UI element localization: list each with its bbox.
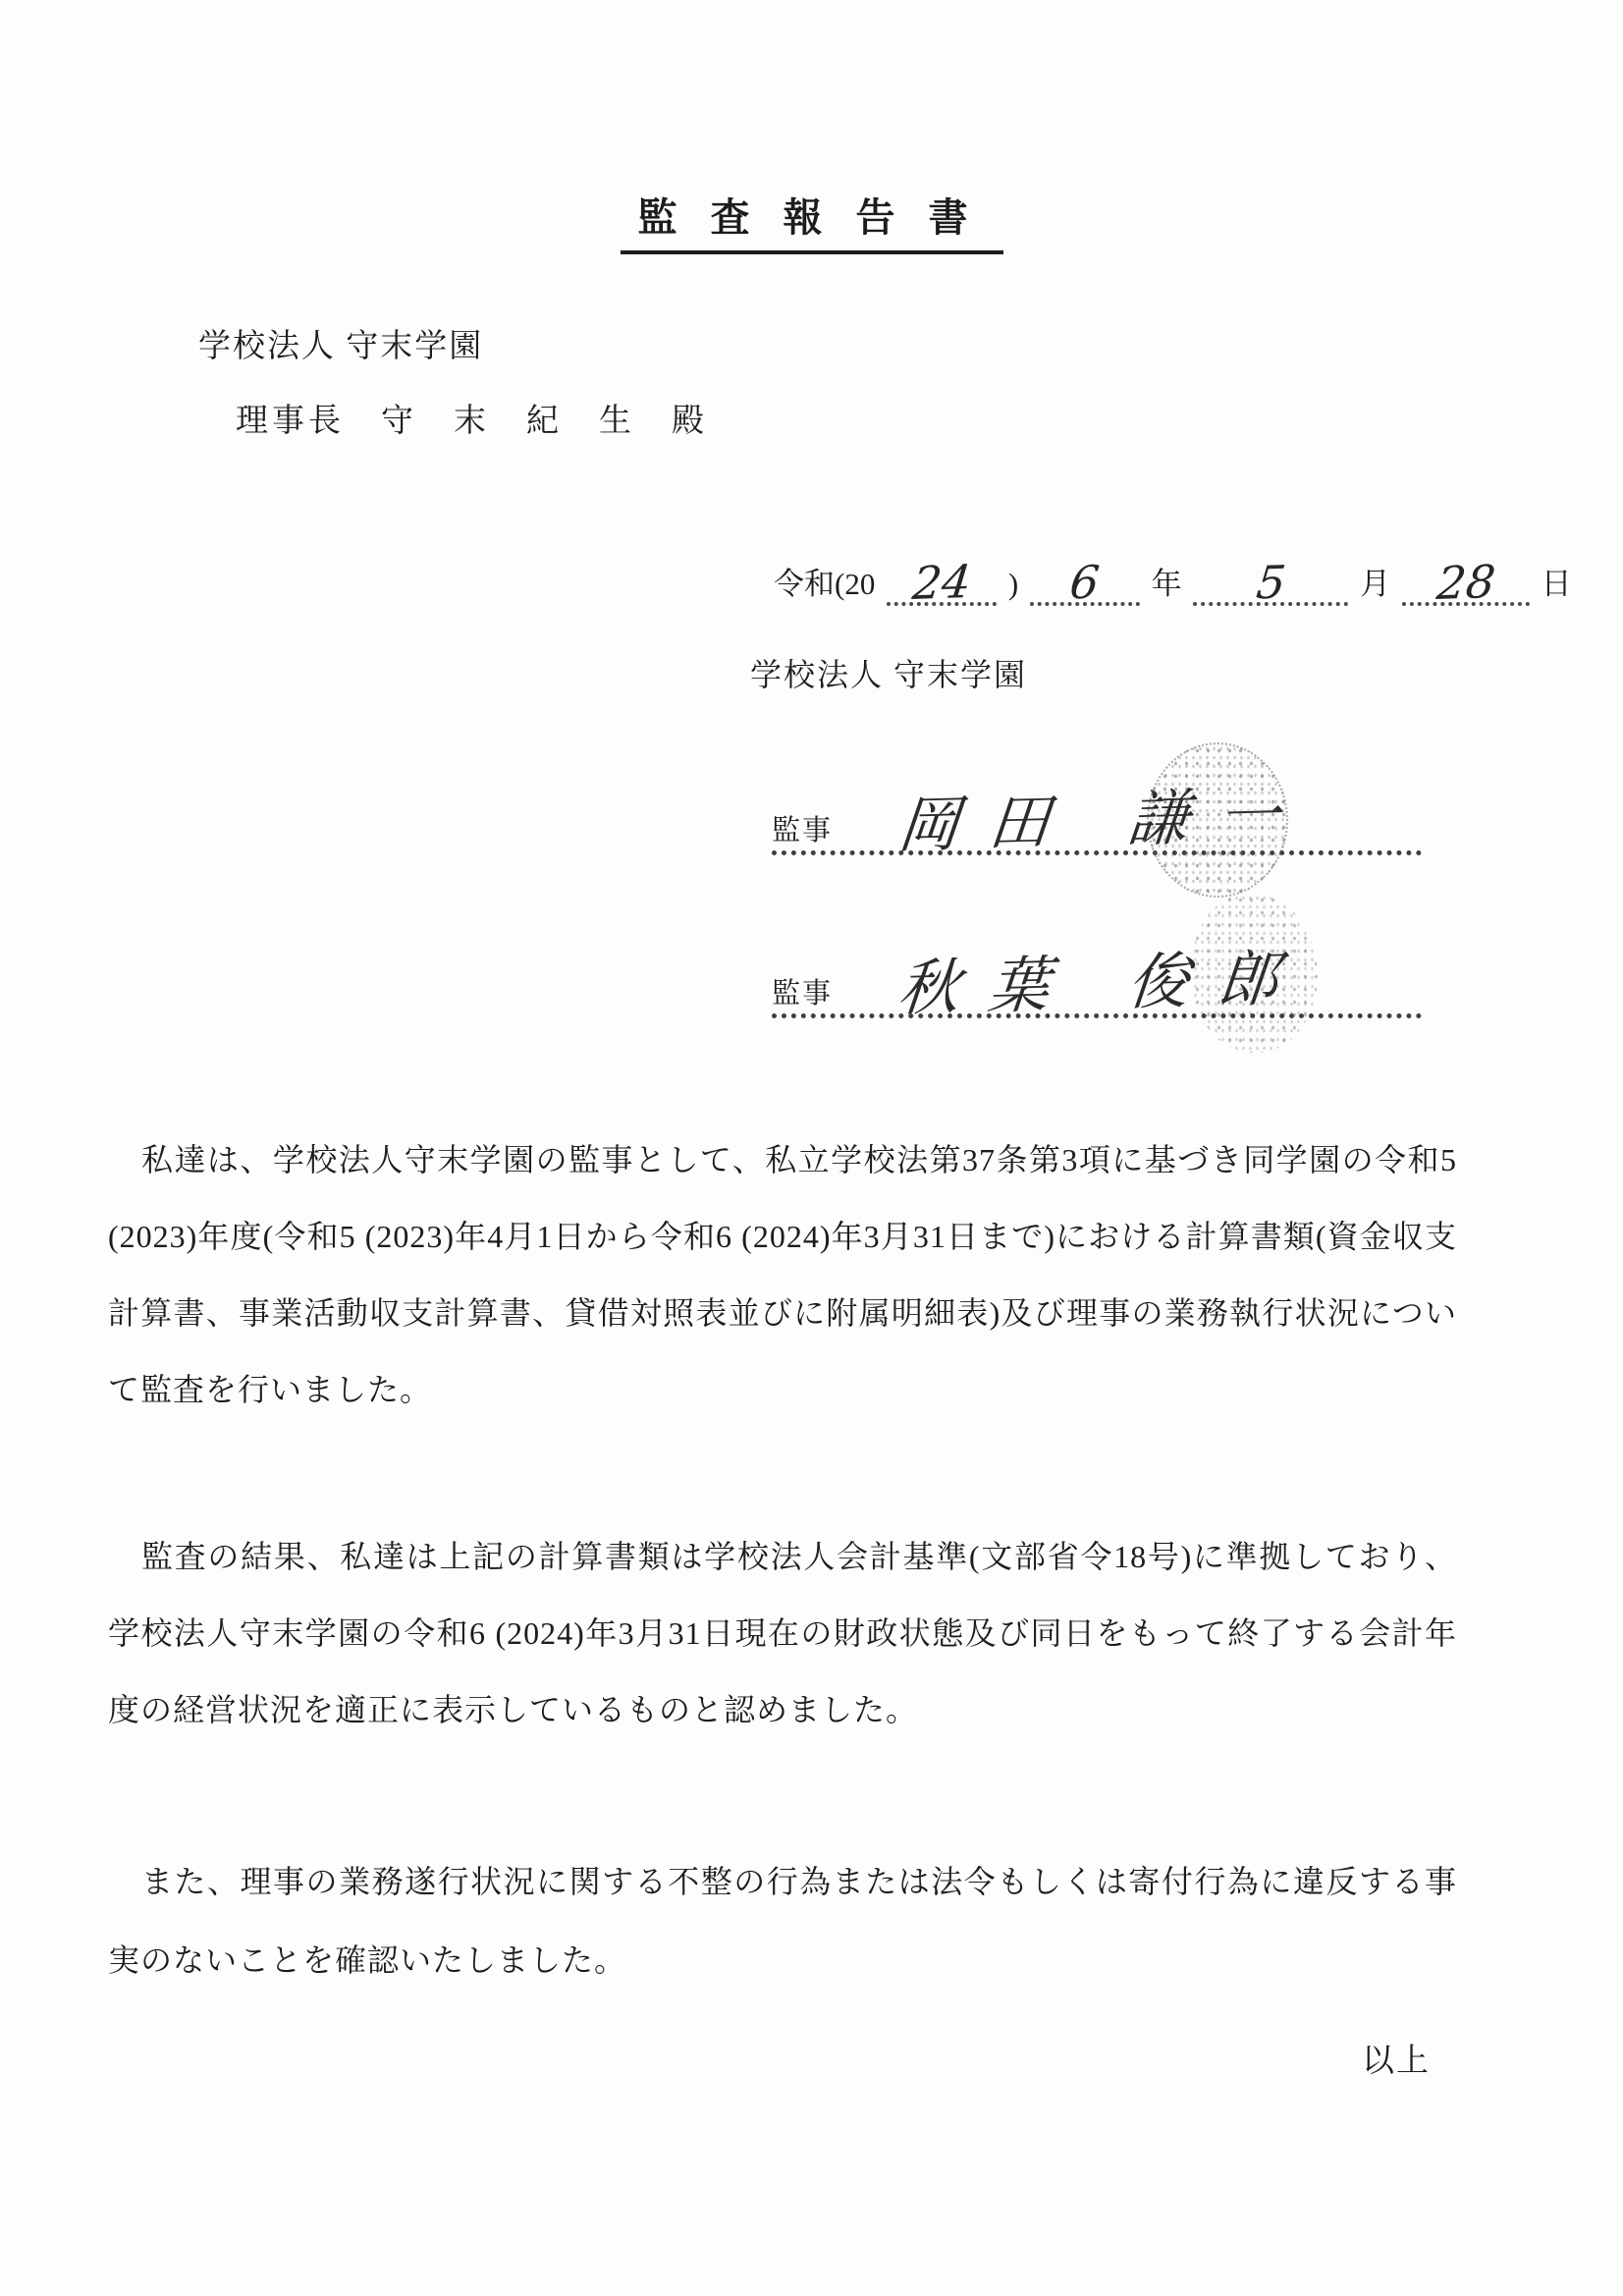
issuer-corporation: 学校法人 守末学園 xyxy=(750,650,1027,695)
date-year-western-field: 24 xyxy=(887,556,997,606)
audit-report-page: 監査報告書 学校法人 守末学園 理事長 守 末 紀 生 殿 令和(20 24 )… xyxy=(0,0,1623,2296)
date-day-unit: 日 xyxy=(1542,567,1572,601)
addressee-corporation: 学校法人 守末学園 xyxy=(198,320,483,366)
auditor-seal-impression-2 xyxy=(1192,894,1318,1053)
document-title: 監査報告書 xyxy=(0,187,1623,254)
date-month-unit: 月 xyxy=(1360,567,1390,601)
body-paragraph-director-conduct: また、理事の業務遂行状況に関する不整の行為または法令もしくは寄付行為に違反する事… xyxy=(108,1842,1457,1999)
date-close-paren: ) xyxy=(1008,567,1018,601)
body-paragraph-audit-result: 監査の結果、私達は上記の計算書類は学校法人会計基準(文部省令18号)に準拠してお… xyxy=(108,1518,1457,1748)
date-year-western-handwritten: 24 xyxy=(910,559,973,606)
date-line: 令和(20 24 ) 6 年 5 月 28 日 xyxy=(774,556,1572,606)
auditor-signature-row-2: 監事 秋葉 俊郎 xyxy=(772,915,1422,1018)
date-month-field: 5 xyxy=(1193,556,1348,606)
auditor-role-label-2: 監事 xyxy=(772,971,833,1013)
date-year-field: 6 xyxy=(1030,556,1140,606)
addressee-chairman: 理事長 守 末 紀 生 殿 xyxy=(236,395,708,441)
auditor-role-label-1: 監事 xyxy=(772,808,833,850)
date-day-handwritten: 28 xyxy=(1434,559,1497,606)
date-month-handwritten: 5 xyxy=(1254,560,1287,606)
date-year-handwritten: 6 xyxy=(1068,560,1102,606)
date-year-unit: 年 xyxy=(1152,567,1182,601)
date-day-field: 28 xyxy=(1402,556,1530,606)
document-title-text: 監査報告書 xyxy=(621,187,1003,254)
body-paragraph-audit-scope: 私達は、学校法人守末学園の監事として、私立学校法第37条第3項に基づき同学園の令… xyxy=(108,1121,1457,1428)
date-era-prefix: 令和(20 xyxy=(774,567,875,601)
auditor-seal-impression-1 xyxy=(1147,742,1288,898)
auditor-signature-row-1: 監事 岡田 謙一 xyxy=(772,752,1422,855)
closing-statement: 以上 xyxy=(1362,2035,1431,2081)
